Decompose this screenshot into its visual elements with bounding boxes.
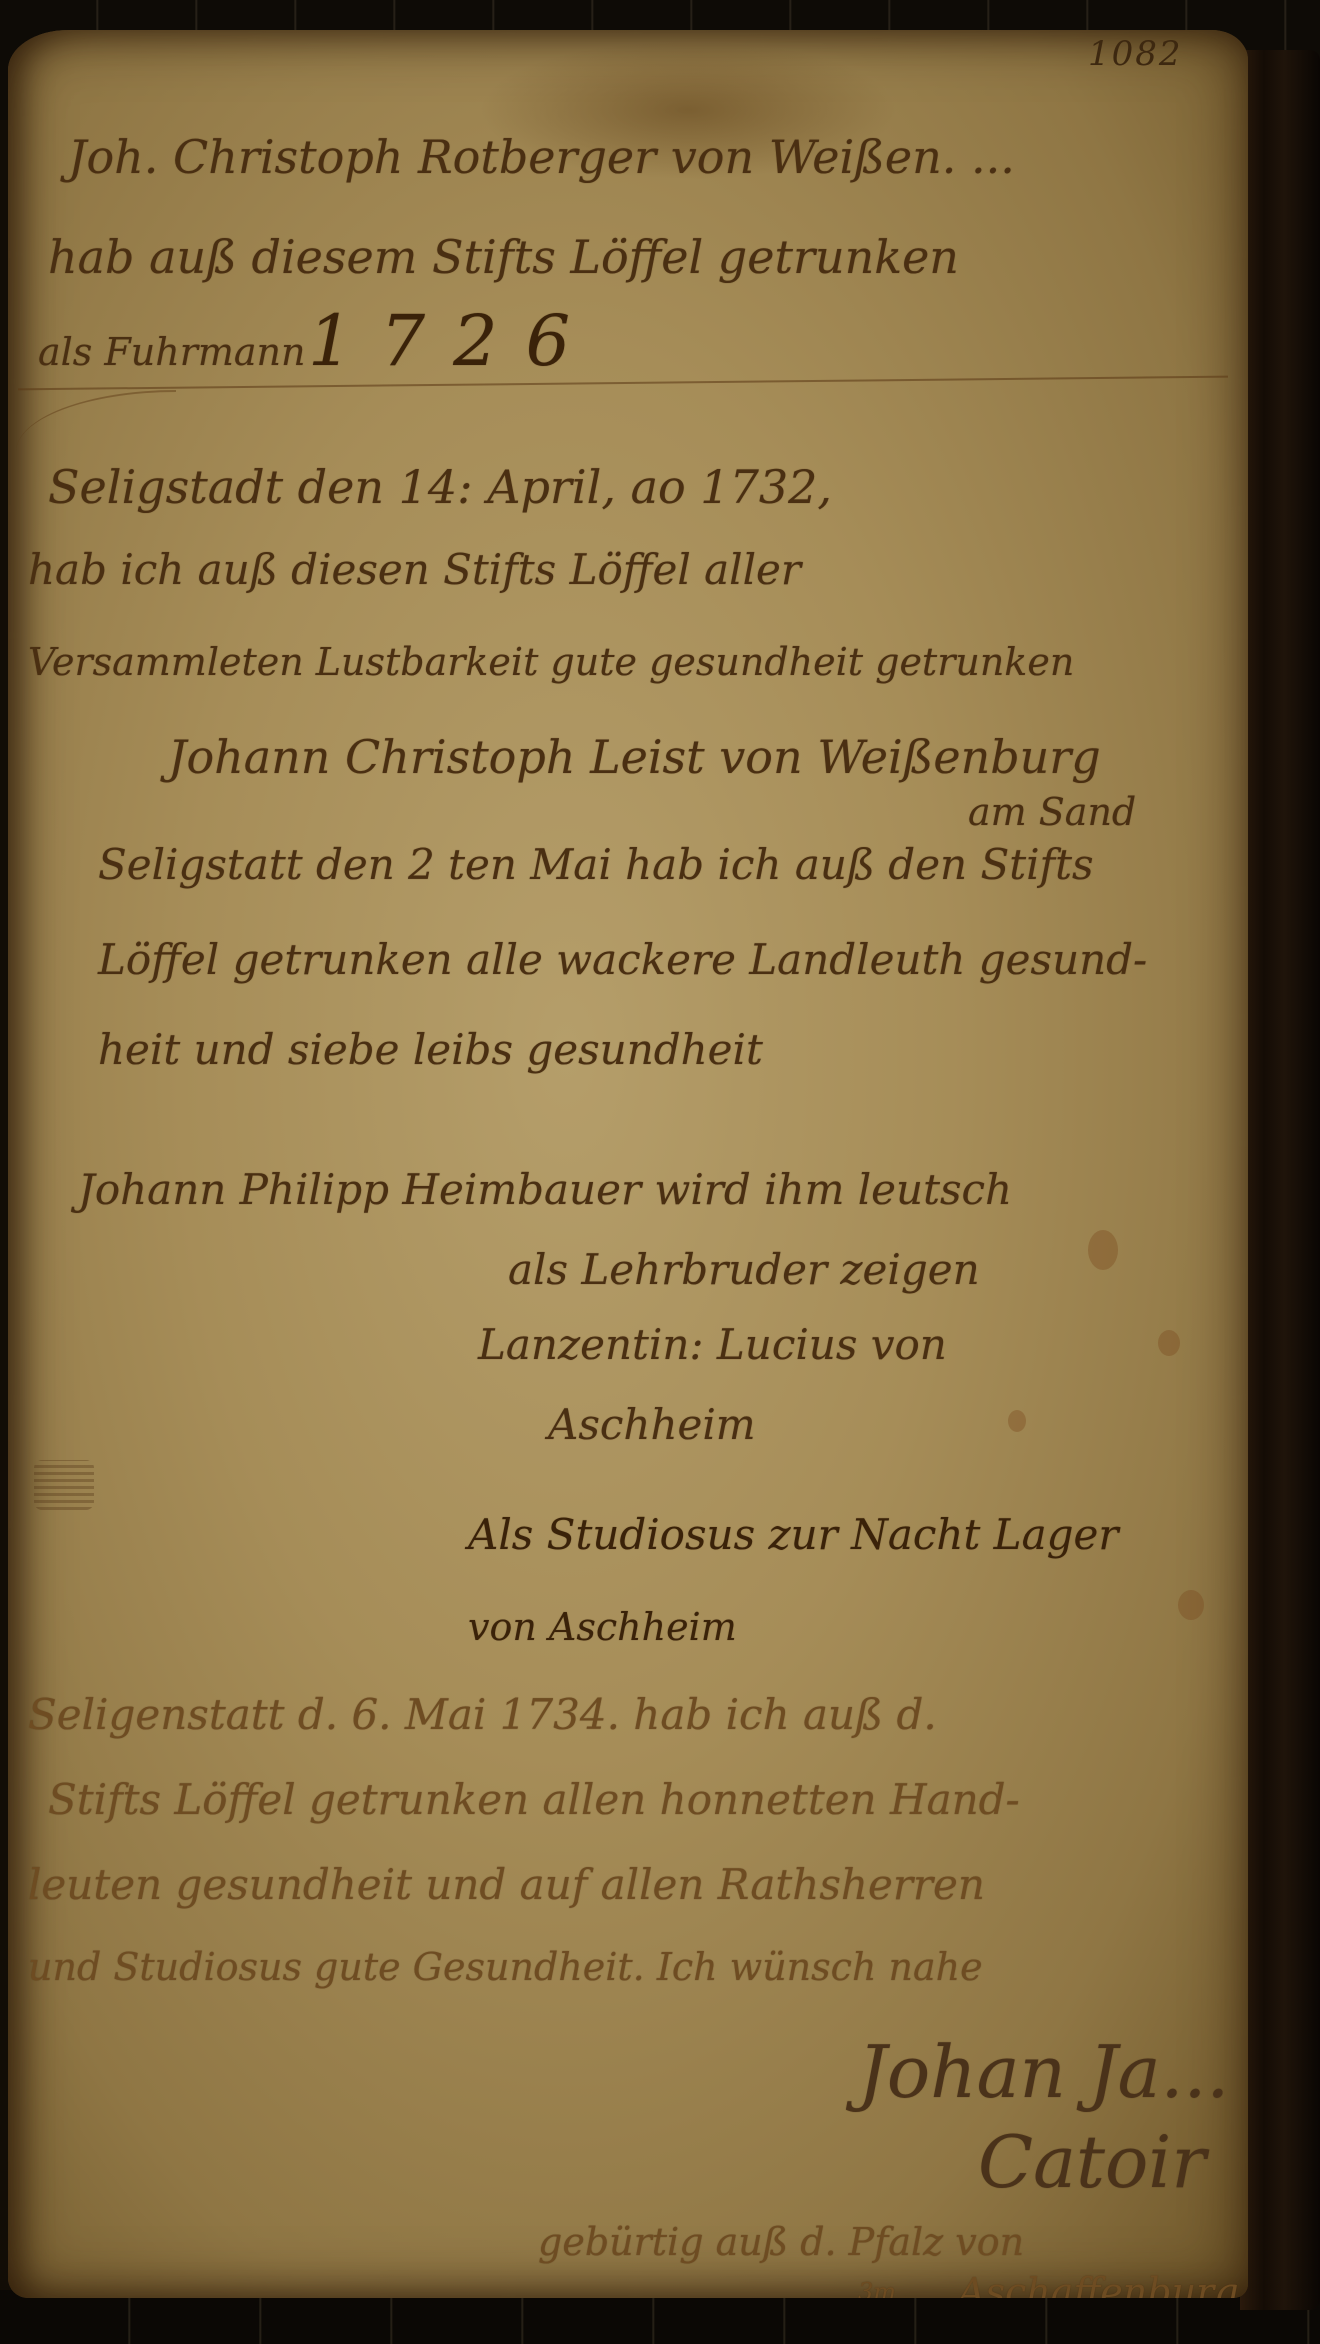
signature-line-1: Johan Ja... [858,2030,1229,2114]
foxing-spot [1088,1230,1118,1270]
divider-flourish [16,390,176,452]
entry-1734-line-1: Seligenstatt d. 6. Mai 1734. hab ich auß… [28,1690,937,1739]
entry-1734-line-4: und Studiosus gute Gesundheit. Ich wünsc… [28,1945,983,1989]
entry-1732-line-3: Versammleten Lustbarkeit gute gesundheit… [28,640,1074,684]
entry-may-line-3: heit und siebe leibs gesundheit [98,1025,763,1074]
entry-johann-line-2: als Lehrbruder zeigen [508,1245,980,1294]
marginal-note: 3m [858,2278,896,2298]
entry-1726-line-2: hab auß diesem Stifts Löffel getrunken [48,230,959,284]
entry-1734-line-3: leuten gesundheit und auf allen Rathsher… [28,1860,985,1909]
ink-smudge [34,1460,94,1510]
manuscript-page: 1082 Joh. Christoph Rotberger von Weißen… [8,30,1248,2298]
entry-1732-line-1: Seligstadt den 14: April, ao 1732, [48,460,832,514]
entry-1732-line-2: hab ich auß diesen Stifts Löffel aller [28,545,801,594]
entry-may-line-2: Löffel getrunken alle wackere Landleuth … [98,935,1147,984]
entry-johann-line-1: Johann Philipp Heimbauer wird ihm leutsc… [78,1165,1012,1214]
page-number: 1082 [1088,34,1183,74]
entry-may-line-1: Seligstatt den 2 ten Mai hab ich auß den… [98,840,1094,889]
entry-1732-line-5: am Sand [968,790,1136,834]
entry-student-line-1: Als Studiosus zur Nacht Lager [468,1510,1118,1559]
divider-rule [18,376,1228,391]
book-binding-edge [1240,50,1320,2310]
postscript-line-1: gebürtig auß d. Pfalz von [538,2220,1024,2264]
dark-backdrop-bottom [0,2290,1320,2344]
entry-1726-line-1: Joh. Christoph Rotberger von Weißen. ... [68,130,1015,184]
postscript-line-2: Aschaffenburg [958,2270,1239,2298]
foxing-spot [1178,1590,1204,1620]
entry-johann-line-4: Aschheim [548,1400,756,1449]
foxing-spot [1158,1330,1180,1356]
foxing-spot [1008,1410,1026,1432]
entry-johann-line-3: Lanzentin: Lucius von [478,1320,947,1369]
signature-line-2: Catoir [978,2120,1206,2204]
entry-1726-line-3: als Fuhrmann [38,330,306,374]
entry-1734-line-2: Stifts Löffel getrunken allen honnetten … [48,1775,1020,1824]
entry-1726-year: 1726 [308,300,598,382]
entry-student-line-2: von Aschheim [468,1605,737,1649]
entry-1732-line-4: Johann Christoph Leist von Weißenburg [168,730,1101,784]
